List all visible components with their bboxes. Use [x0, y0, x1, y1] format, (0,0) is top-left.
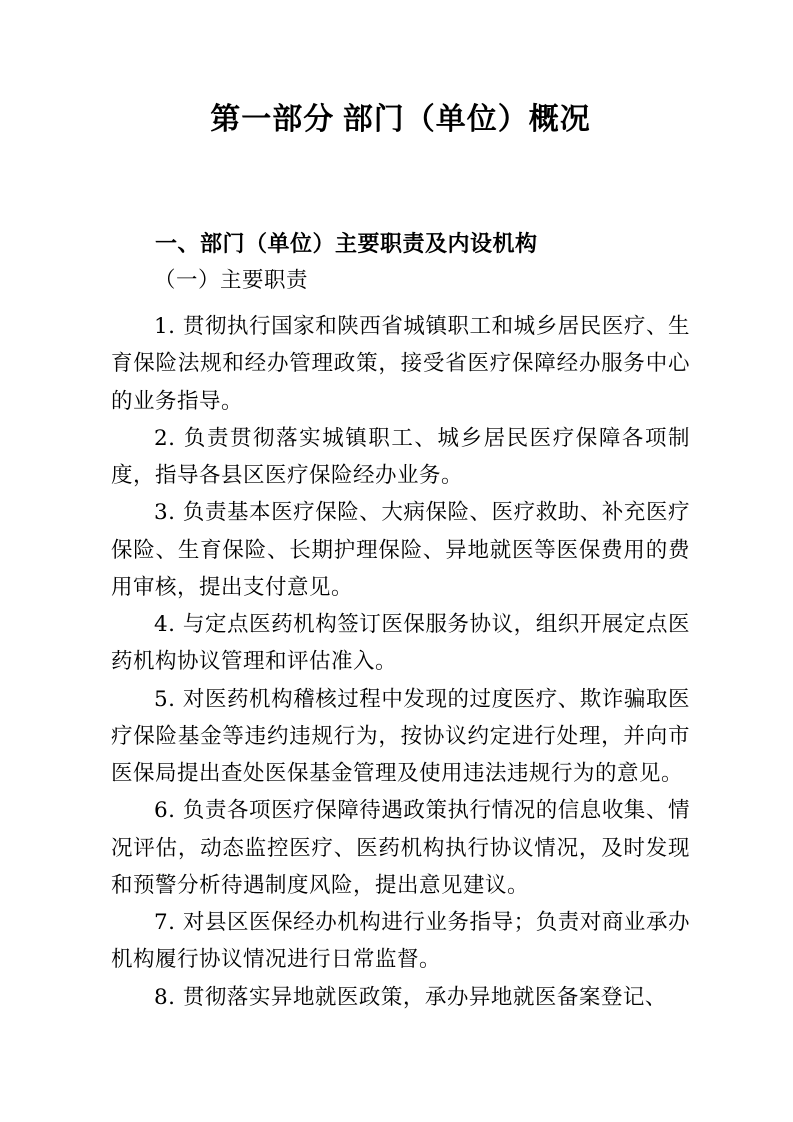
body-paragraph-3: 3. 负责基本医疗保险、大病保险、医疗救助、补充医疗保险、生育保险、长期护理保险… [111, 494, 690, 606]
body-paragraph-2: 2. 负责贯彻落实城镇职工、城乡居民医疗保障各项制度，指导各县区医疗保险经办业务… [111, 420, 690, 495]
body-paragraph-8: 8. 贯彻落实异地就医政策，承办异地就医备案登记、 [111, 979, 690, 1016]
document-page: 第一部分 部门（单位）概况 一、部门（单位）主要职责及内设机构 （一）主要职责 … [0, 0, 793, 1122]
section-heading: 一、部门（单位）主要职责及内设机构 [111, 225, 690, 262]
body-paragraph-6: 6. 负责各项医疗保障待遇政策执行情况的信息收集、情况评估，动态监控医疗、医药机… [111, 792, 690, 904]
body-paragraph-4: 4. 与定点医药机构签订医保服务协议，组织开展定点医药机构协议管理和评估准入。 [111, 606, 690, 681]
body-paragraph-5: 5. 对医药机构稽核过程中发现的过度医疗、欺诈骗取医疗保险基金等违约违规行为，按… [111, 681, 690, 793]
document-title: 第一部分 部门（单位）概况 [111, 102, 690, 138]
body-paragraph-1: 1. 贯彻执行国家和陕西省城镇职工和城乡居民医疗、生育保险法规和经办管理政策，接… [111, 308, 690, 420]
subsection-heading: （一）主要职责 [111, 262, 690, 299]
body-paragraph-7: 7. 对县区医保经办机构进行业务指导；负责对商业承办机构履行协议情况进行日常监督… [111, 904, 690, 979]
body-text: 1. 贯彻执行国家和陕西省城镇职工和城乡居民医疗、生育保险法规和经办管理政策，接… [111, 308, 690, 1016]
